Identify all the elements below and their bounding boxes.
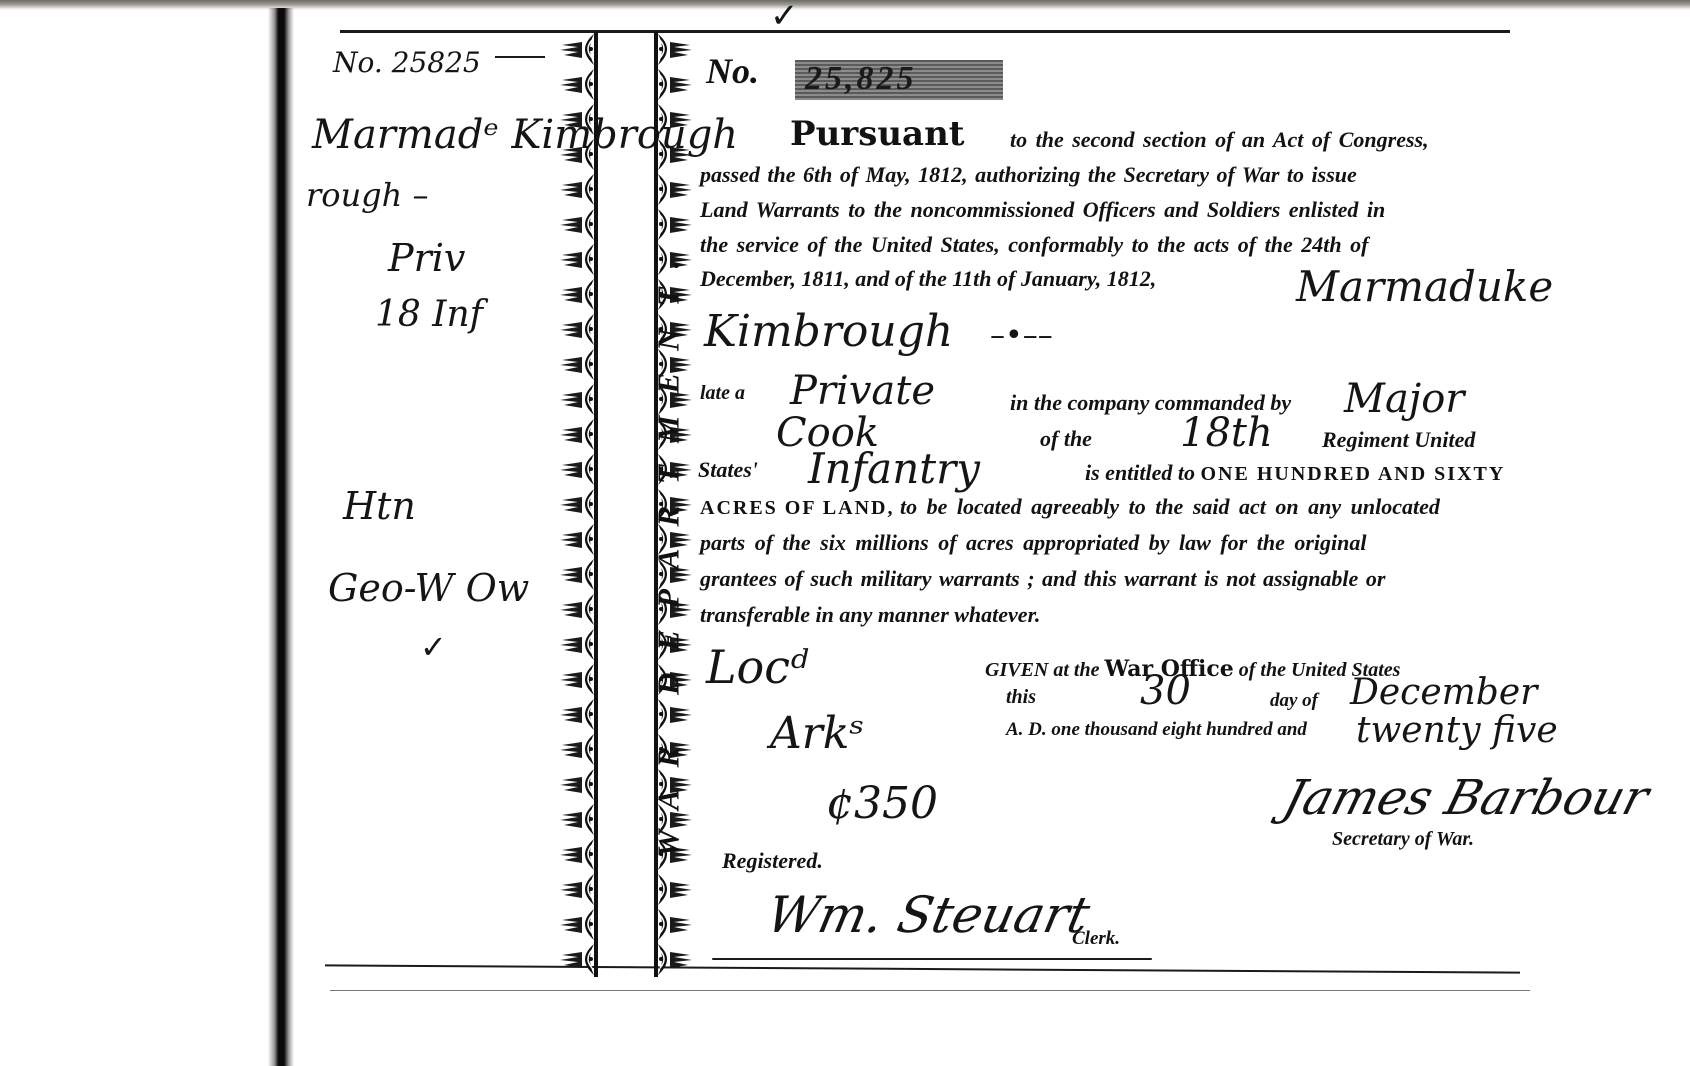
vertical-title-war-department: WAR DEPARTMENT. (640, 178, 696, 918)
ornament-icon (558, 67, 600, 102)
ornament-icon (558, 522, 600, 557)
page-binding-edge (268, 8, 294, 1066)
body-line-4: the service of the United States, confor… (700, 232, 1368, 258)
stub-note-2: Geo-W Ow (328, 566, 529, 610)
ornament-icon (558, 627, 600, 662)
body-line-grantees: grantees of such military warrants ; and… (700, 566, 1385, 592)
stub-number: No. 25825 (333, 46, 481, 79)
ornament-icon (652, 137, 694, 172)
ornament-icon (652, 102, 694, 137)
ornament-icon (558, 277, 600, 312)
ornament-icon (558, 137, 600, 172)
secretary-signature: James Barbour (1277, 770, 1654, 826)
ornament-icon (558, 872, 600, 907)
warrant-number-label: No. (706, 50, 759, 92)
ornament-icon (558, 557, 600, 592)
soldier-first-name: Marmaduke (1296, 262, 1553, 311)
stub-checkmark: ✓ (420, 628, 447, 666)
ornament-icon (558, 592, 600, 627)
ornament-icon (558, 382, 600, 417)
ornament-icon (558, 907, 600, 942)
of-the-label: of the (1040, 426, 1092, 452)
body-line-1: to the second section of an Act of Congr… (1010, 127, 1429, 153)
body-line-3: Land Warrants to the noncommissioned Off… (700, 197, 1385, 223)
stub-note-1: Htn (343, 484, 416, 528)
service-branch: Infantry (808, 444, 980, 493)
ornament-icon (558, 662, 600, 697)
scan-top-shadow (0, 0, 1690, 10)
ornament-icon (558, 487, 600, 522)
late-a-label: late a (700, 382, 745, 405)
states-label: States' (698, 457, 758, 483)
bottom-rule-lower (330, 990, 1530, 991)
ad-text: A. D. one thousand eight hundred and (1006, 719, 1307, 741)
ornament-icon (558, 942, 600, 977)
soldier-last-name: Kimbrough (704, 306, 953, 357)
name-flourish: –•–– (990, 318, 1053, 353)
secretary-title: Secretary of War. (1332, 828, 1474, 851)
stub-regiment: 18 Inf (375, 294, 483, 335)
soldier-rank: Private (790, 368, 935, 414)
stub-name-line2: rough – (306, 176, 428, 214)
stub-no-underline (495, 56, 545, 58)
body-line-2: passed the 6th of May, 1812, authorizing… (700, 162, 1357, 188)
ornament-icon (558, 697, 600, 732)
warrant-number-value: 25,825 (805, 60, 917, 98)
top-rule (340, 30, 1510, 33)
day-of-label: day of (1270, 690, 1318, 712)
stub-rank: Priv (388, 236, 465, 280)
ornament-icon (652, 32, 694, 67)
regiment-united-label: Regiment United (1322, 427, 1475, 453)
given-year-words: twenty five (1356, 710, 1558, 751)
ornament-icon (558, 767, 600, 802)
ornament-icon (558, 837, 600, 872)
given-line: GIVEN at the War Office of the United St… (985, 656, 1400, 682)
ornament-icon (558, 347, 600, 382)
ornament-icon (558, 312, 600, 347)
body-line-5: December, 1811, and of the 11th of Janua… (700, 266, 1156, 292)
tract-note: ¢350 (826, 778, 938, 829)
ornament-icon (652, 67, 694, 102)
ornament-icon (558, 802, 600, 837)
ornament-icon (558, 417, 600, 452)
regiment-number: 18th (1180, 410, 1273, 456)
clerk-signature: Wm. Steuart (762, 886, 1095, 944)
this-label: this (1006, 686, 1036, 709)
entitled-label: is entitled to ONE HUNDRED AND SIXTY (1085, 460, 1505, 486)
location-note: Locᵈ (706, 640, 808, 694)
clerk-title: Clerk. (1072, 928, 1120, 950)
given-month: December (1350, 672, 1537, 713)
body-line-parts: parts of the six millions of acres appro… (700, 530, 1366, 556)
ornament-icon (558, 732, 600, 767)
commander-title: Major (1344, 376, 1464, 422)
given-day: 30 (1140, 668, 1191, 714)
ornament-icon (558, 32, 600, 67)
clerk-flourish (712, 958, 1152, 960)
warrant-number-box: 25,825 (795, 60, 1003, 100)
acres-of-land: ACRES OF LAND, (700, 497, 895, 519)
state-note: Arkˢ (770, 708, 864, 759)
ornament-icon (558, 207, 600, 242)
acres-line: ACRES OF LAND, to be located agreeably t… (700, 494, 1440, 520)
ornament-icon (558, 242, 600, 277)
ornamental-border-left (558, 32, 600, 977)
bottom-rule (325, 964, 1520, 973)
ornament-icon (558, 102, 600, 137)
ornament-icon (558, 452, 600, 487)
opening-word: Pursuant (790, 114, 965, 154)
ornament-icon (558, 172, 600, 207)
ornament-icon (652, 942, 694, 977)
registered-label: Registered. (722, 848, 823, 874)
acreage-amount: ONE HUNDRED AND SIXTY (1201, 463, 1506, 485)
body-line-transferable: transferable in any manner whatever. (700, 602, 1040, 628)
check-mark-top: ✓ (770, 0, 799, 36)
